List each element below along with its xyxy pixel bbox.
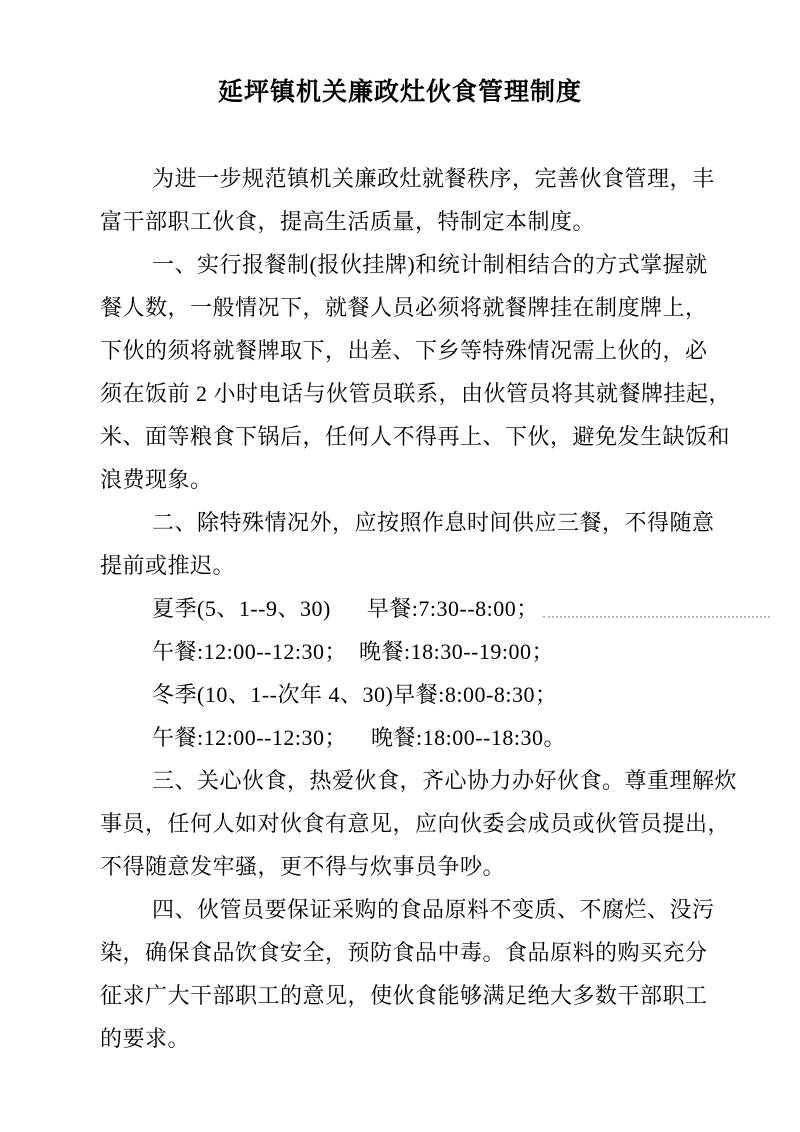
document-line: 不得随意发牢骚，更不得与炊事员争吵。	[100, 845, 700, 888]
document-line: 夏季(5、1--9、30) 早餐:7:30--8:00；	[152, 587, 539, 630]
schedule-line-winter-breakfast: 冬季(10、1--次年 4、30)早餐:8:00-8:30；	[100, 673, 700, 716]
document-line: 征求广大干部职工的意见，使伙食能够满足绝大多数干部职工	[100, 974, 700, 1017]
document-line: 下伙的须将就餐牌取下，出差、下乡等特殊情况需上伙的，必	[100, 329, 700, 372]
document-line: 浪费现象。	[100, 458, 700, 501]
document-line: 富干部职工伙食，提高生活质量，特制定本制度。	[100, 200, 700, 243]
schedule-line-summer-breakfast: 夏季(5、1--9、30) 早餐:7:30--8:00；	[100, 587, 770, 630]
document-page: 延坪镇机关廉政灶伙食管理制度 为进一步规范镇机关廉政灶就餐秩序，完善伙食管理，丰…	[0, 0, 800, 1132]
document-line: 染，确保食品饮食安全，预防食品中毒。食品原料的购买充分	[100, 931, 700, 974]
dotted-leader	[543, 587, 770, 618]
document-line: 米、面等粮食下锅后，任何人不得再上、下伙，避免发生缺饭和	[100, 415, 700, 458]
document-line: 为进一步规范镇机关廉政灶就餐秩序，完善伙食管理，丰	[100, 157, 700, 200]
schedule-line-summer-lunch-dinner: 午餐:12:00--12:30； 晚餐:18:30--19:00；	[100, 630, 700, 673]
document-line: 提前或推迟。	[100, 544, 700, 587]
document-line: 餐人数，一般情况下，就餐人员必须将就餐牌挂在制度牌上，	[100, 286, 700, 329]
document-title: 延坪镇机关廉政灶伙食管理制度	[100, 76, 700, 110]
document-line: 一、实行报餐制(报伙挂牌)和统计制相结合的方式掌握就	[100, 243, 700, 286]
schedule-line-winter-lunch-dinner: 午餐:12:00--12:30； 晚餐:18:00--18:30。	[100, 716, 700, 759]
document-line: 四、伙管员要保证采购的食品原料不变质、不腐烂、没污	[100, 888, 700, 931]
document-line: 三、关心伙食，热爱伙食，齐心协力办好伙食。尊重理解炊	[100, 759, 700, 802]
document-line: 事员，任何人如对伙食有意见，应向伙委会成员或伙管员提出，	[100, 802, 700, 845]
document-line: 须在饭前 2 小时电话与伙管员联系，由伙管员将其就餐牌挂起，	[100, 372, 700, 415]
document-body: 为进一步规范镇机关廉政灶就餐秩序，完善伙食管理，丰 富干部职工伙食，提高生活质量…	[100, 157, 700, 1060]
document-line: 的要求。	[100, 1017, 700, 1060]
document-line: 二、除特殊情况外，应按照作息时间供应三餐，不得随意	[100, 501, 700, 544]
